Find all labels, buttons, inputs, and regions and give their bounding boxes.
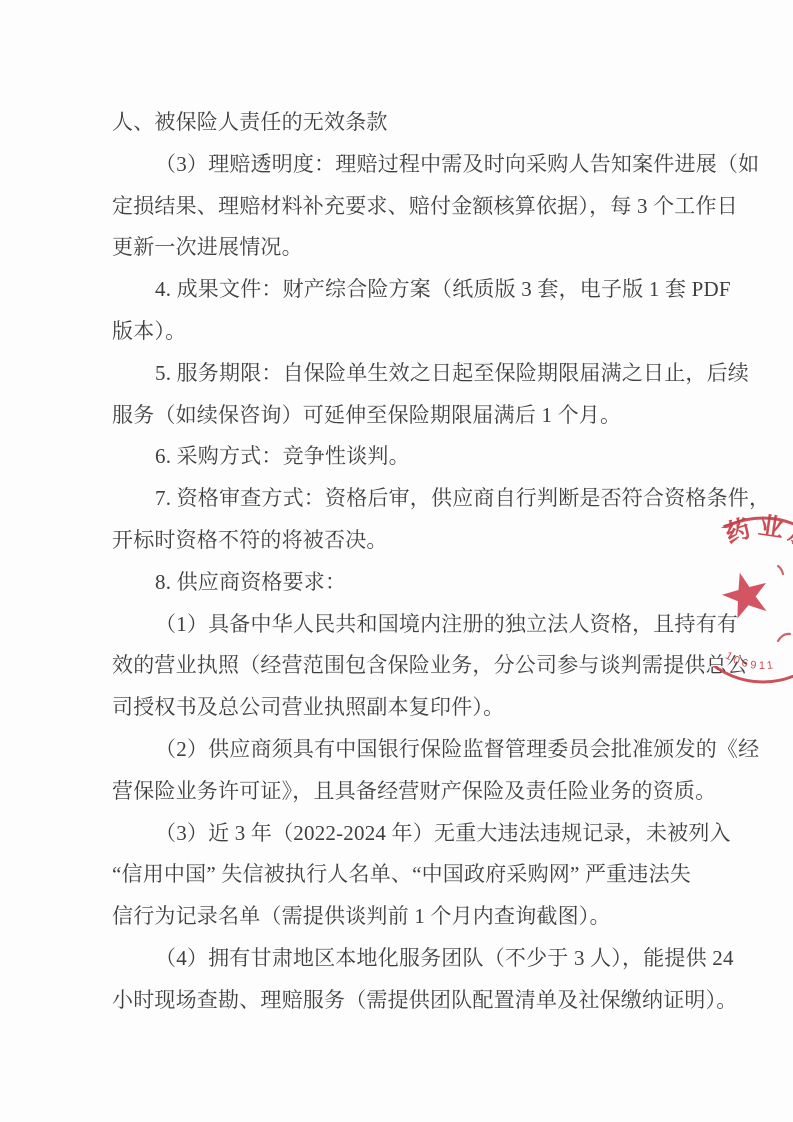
document-line: 版本）。 — [112, 311, 688, 353]
document-body: 人、被保险人责任的无效条款 （3）理赔透明度：理赔过程中需及时向采购人告知案件进… — [112, 102, 688, 1022]
document-line: 定损结果、理赔材料补充要求、赔付金额核算依据），每 3 个工作日 — [112, 186, 688, 228]
seal-ink-artifact — [778, 634, 790, 641]
document-line: 更新一次进展情况。 — [112, 227, 688, 269]
document-line: 信行为记录名单（需提供谈判前 1 个月内查询截图）。 — [112, 896, 688, 938]
document-line: 营保险业务许可证》，且具备经营财产保险及责任险业务的资质。 — [112, 771, 688, 813]
document-line: 司授权书及总公司营业执照副本复印件）。 — [112, 687, 688, 729]
document-line: 7. 资格审查方式：资格后审，供应商自行判断是否符合资格条件， — [112, 478, 688, 520]
document-page: 人、被保险人责任的无效条款 （3）理赔透明度：理赔过程中需及时向采购人告知案件进… — [0, 0, 793, 1122]
seal-arc-text: 药业股 — [721, 512, 793, 560]
document-line: 小时现场查勘、理赔服务（需提供团队配置清单及社保缴纳证明）。 — [112, 980, 688, 1022]
document-line: 8. 供应商资格要求： — [112, 562, 688, 604]
document-line: （3）近 3 年（2022-2024 年）无重大违法违规记录，未被列入 — [112, 813, 688, 855]
document-line: 效的营业执照（经营范围包含保险业务，分公司参与谈判需提供总公 — [112, 645, 688, 687]
document-line: 开标时资格不符的将被否决。 — [112, 520, 688, 562]
document-line: “信用中国” 失信被执行人名单、“中国政府采购网” 严重违法失 — [112, 854, 688, 896]
document-line: 人、被保险人责任的无效条款 — [112, 102, 688, 144]
document-line: 5. 服务期限：自保险单生效之日起至保险期限届满之日止，后续 — [112, 353, 688, 395]
document-line: 6. 采购方式：竞争性谈判。 — [112, 436, 688, 478]
document-line: （4）拥有甘肃地区本地化服务团队（不少于 3 人），能提供 24 — [112, 938, 688, 980]
seal-ink-artifact — [778, 566, 783, 574]
document-line: （2）供应商须具有中国银行保险监督管理委员会批准颁发的《经 — [112, 729, 688, 771]
document-line: （1）具备中华人民共和国境内注册的独立法人资格，且持有有 — [112, 604, 688, 646]
document-line: 服务（如续保咨询）可延伸至保险期限届满后 1 个月。 — [112, 395, 688, 437]
document-line: 4. 成果文件：财产综合险方案（纸质版 3 套，电子版 1 套 PDF — [112, 269, 688, 311]
document-line: （3）理赔透明度：理赔过程中需及时向采购人告知案件进展（如 — [112, 144, 688, 186]
